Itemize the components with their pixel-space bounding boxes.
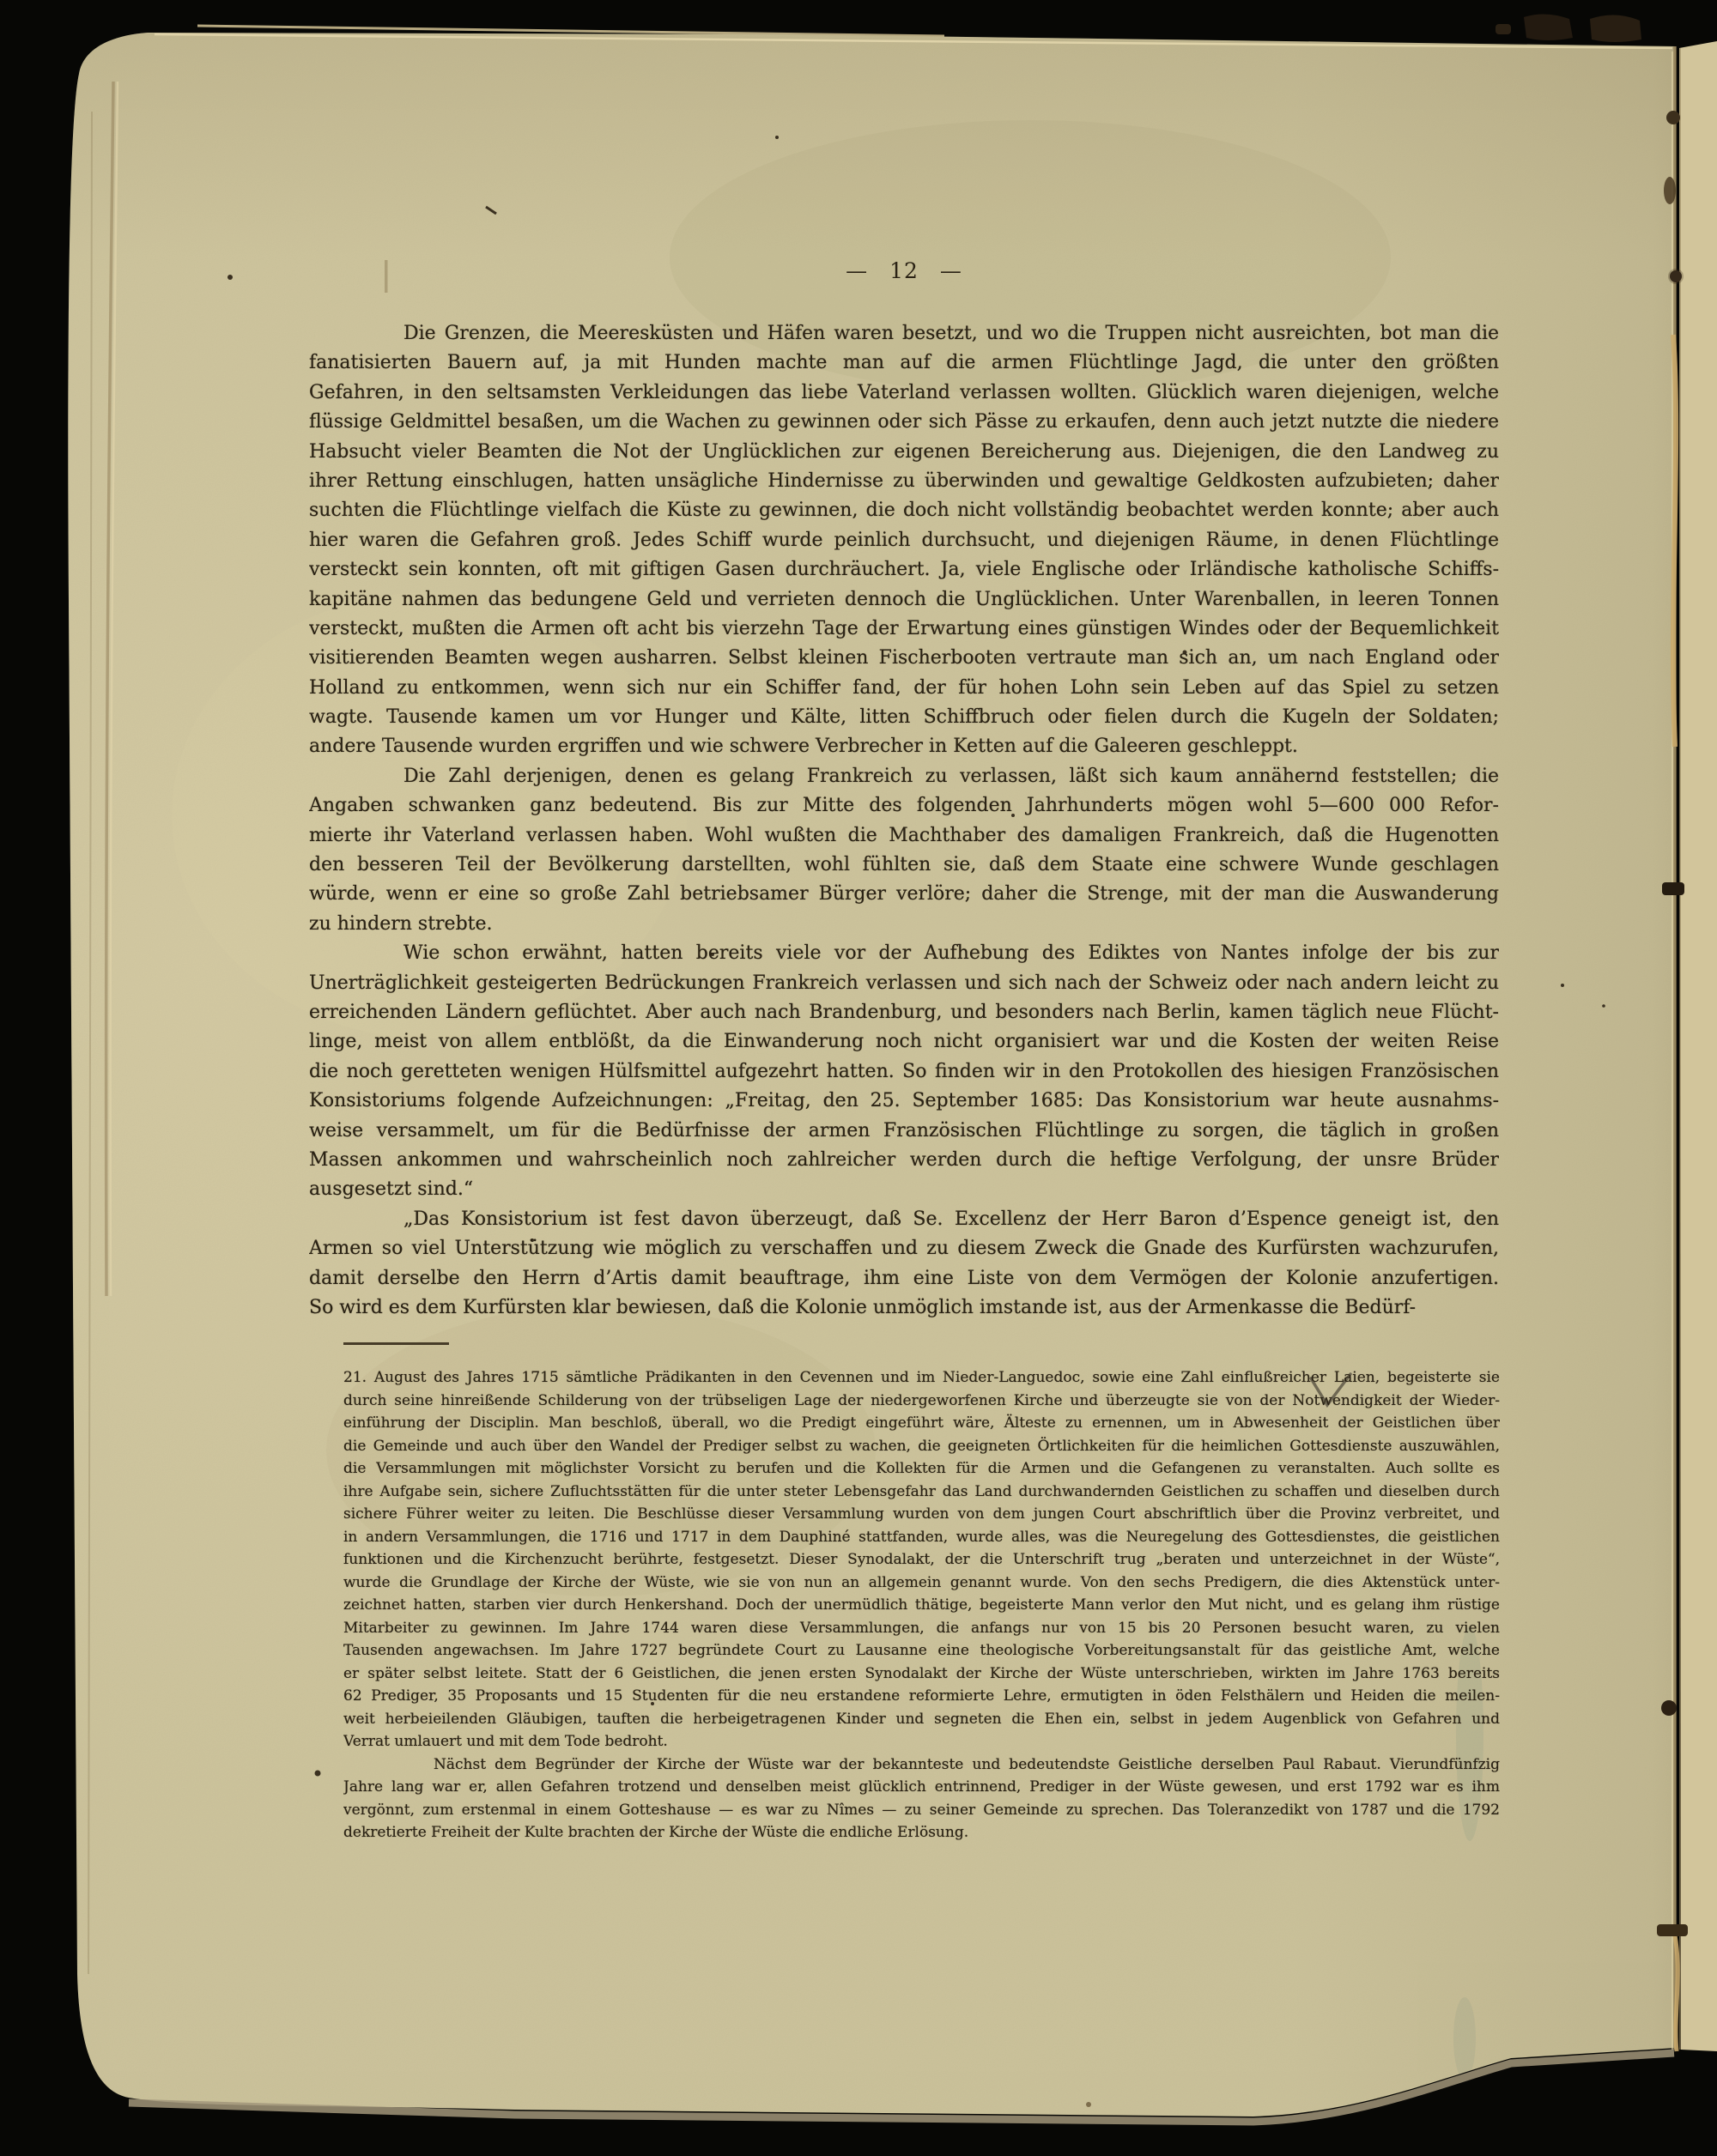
text-line: Tausenden angewachsen. Im Jahre 1727 beg… [343, 1639, 1500, 1662]
text-line: einführung der Disciplin. Man beschloß, … [343, 1412, 1500, 1435]
text-line: wurde die Grundlage der Kirche der Wüste… [343, 1572, 1500, 1595]
text-line: Mitarbeiter zu gewinnen. Im Jahre 1744 w… [343, 1617, 1500, 1640]
page-number: — 12 — [309, 258, 1499, 283]
text-line: mierte ihr Vaterland verlassen haben. Wo… [309, 821, 1499, 851]
text-line: funktionen und die Kirchenzucht berührte… [343, 1548, 1500, 1572]
text-line: die Gemeinde und auch über den Wandel de… [343, 1435, 1500, 1458]
binding-thread [1673, 335, 1676, 747]
facing-page-edge [1679, 41, 1717, 2051]
text-line: zu hindern strebte. [309, 910, 1499, 939]
stitch-tape [1657, 1924, 1688, 1936]
text-line: Unerträglichkeit gesteigerten Bedrückung… [309, 969, 1499, 998]
text-line: die noch geretteten wenigen Hülfsmittel … [309, 1057, 1499, 1087]
text-line: Gefahren, in den seltsamsten Verkleidung… [309, 379, 1499, 408]
margin-stain [1453, 1997, 1476, 2080]
text-line: Jahre lang war er, allen Gefahren trotze… [343, 1776, 1500, 1799]
text-line: versteckt sein konnten, oft mit giftigen… [309, 555, 1499, 584]
text-line: flüssige Geldmittel besaßen, um die Wach… [309, 408, 1499, 437]
text-line: damit derselbe den Herrn d’Artis damit b… [309, 1264, 1499, 1293]
stitch-hole [1662, 882, 1684, 895]
binding-thread [1675, 1935, 1678, 2051]
text-line: Die Grenzen, die Meeresküsten und Häfen … [309, 319, 1499, 348]
text-line: die Versammlungen mit möglichster Vorsic… [343, 1457, 1500, 1481]
text-line: erreichenden Ländern geflüchtet. Aber au… [309, 998, 1499, 1027]
scanned-book-page: — 12 — Die Grenzen, die Meeresküsten und… [0, 0, 1717, 2156]
text-line: zeichnet hatten, starben vier durch Henk… [343, 1594, 1500, 1617]
footnotes: 21. August des Jahres 1715 sämtliche Prä… [343, 1366, 1500, 1844]
text-line: würde, wenn er eine so große Zahl betrie… [309, 880, 1499, 909]
text-line: Die Zahl derjenigen, denen es gelang Fra… [309, 762, 1499, 791]
text-line: Holland zu entkommen, wenn sich nur ein … [309, 674, 1499, 703]
paragraph: „Das Konsistorium ist fest davon überzeu… [309, 1205, 1499, 1323]
text-line: fanatisierten Bauern auf, ja mit Hunden … [309, 348, 1499, 378]
text-line: vergönnt, zum erstenmal in einem Gottesh… [343, 1799, 1500, 1822]
text-line: hier waren die Gefahren groß. Jedes Schi… [309, 526, 1499, 555]
text-line: ausgesetzt sind.“ [309, 1175, 1499, 1204]
text-line: 62 Prediger, 35 Proposants und 15 Studen… [343, 1685, 1500, 1708]
text-line: Habsucht vieler Beamten die Not der Ungl… [309, 438, 1499, 467]
text-line: er später selbst leitete. Statt der 6 Ge… [343, 1662, 1500, 1686]
text-line: „Das Konsistorium ist fest davon überzeu… [309, 1205, 1499, 1234]
text-line: wagte. Tausende kamen um vor Hunger und … [309, 703, 1499, 732]
stitch-hole [1670, 270, 1682, 282]
paragraph: 21. August des Jahres 1715 sämtliche Prä… [343, 1366, 1500, 1753]
stitch-knot [1661, 1700, 1677, 1716]
text-line: ihre Aufgabe sein, sichere Zufluchtsstät… [343, 1481, 1500, 1504]
body-text: Die Grenzen, die Meeresküsten und Häfen … [309, 319, 1499, 1323]
text-line: weise versammelt, um für die Bedürfnisse… [309, 1117, 1499, 1146]
stitch-hole [1666, 111, 1680, 124]
text-line: ihrer Rettung einschlugen, hatten unsägl… [309, 467, 1499, 496]
text-line: So wird es dem Kurfürsten klar bewiesen,… [309, 1293, 1499, 1323]
text-line: den besseren Teil der Bevölkerung darste… [309, 851, 1499, 880]
text-line: Wie schon erwähnt, hatten bereits viele … [309, 939, 1499, 968]
text-line: Angaben schwanken ganz bedeutend. Bis zu… [309, 791, 1499, 821]
paragraph: Die Grenzen, die Meeresküsten und Häfen … [309, 319, 1499, 762]
text-line: Massen ankommen und wahrscheinlich noch … [309, 1146, 1499, 1175]
paragraph: Nächst dem Begründer der Kirche der Wüst… [343, 1753, 1500, 1844]
text-line: suchten die Flüchtlinge vielfach die Küs… [309, 496, 1499, 525]
text-line: durch seine hinreißende Schilderung von … [343, 1390, 1500, 1413]
text-line: linge, meist von allem entblößt, da die … [309, 1027, 1499, 1057]
text-line: in andern Versammlungen, die 1716 und 17… [343, 1526, 1500, 1549]
footnote-separator [343, 1342, 449, 1345]
text-line: Konsistoriums folgende Aufzeichnungen: „… [309, 1087, 1499, 1116]
text-line: weit herbeieilenden Gläubigen, tauften d… [343, 1708, 1500, 1731]
text-line: Nächst dem Begründer der Kirche der Wüst… [343, 1753, 1500, 1777]
text-line: Armen so viel Unterstützung wie möglich … [309, 1234, 1499, 1263]
text-line: versteckt, mußten die Armen oft acht bis… [309, 615, 1499, 644]
paper-fragment [1664, 177, 1676, 204]
text-line: kapitäne nahmen das bedungene Geld und v… [309, 585, 1499, 615]
paragraph: Die Zahl derjenigen, denen es gelang Fra… [309, 762, 1499, 939]
text-line: 21. August des Jahres 1715 sämtliche Prä… [343, 1366, 1500, 1390]
text-line: Verrat umlauert und mit dem Tode bedroht… [343, 1730, 1500, 1753]
text-line: andere Tausende wurden ergriffen und wie… [309, 732, 1499, 761]
paragraph: Wie schon erwähnt, hatten bereits viele … [309, 939, 1499, 1205]
text-line: visitierenden Beamten wegen ausharren. S… [309, 644, 1499, 673]
text-line: dekretierte Freiheit der Kulte brachten … [343, 1821, 1500, 1844]
text-line: sichere Führer weiter zu leiten. Die Bes… [343, 1503, 1500, 1526]
